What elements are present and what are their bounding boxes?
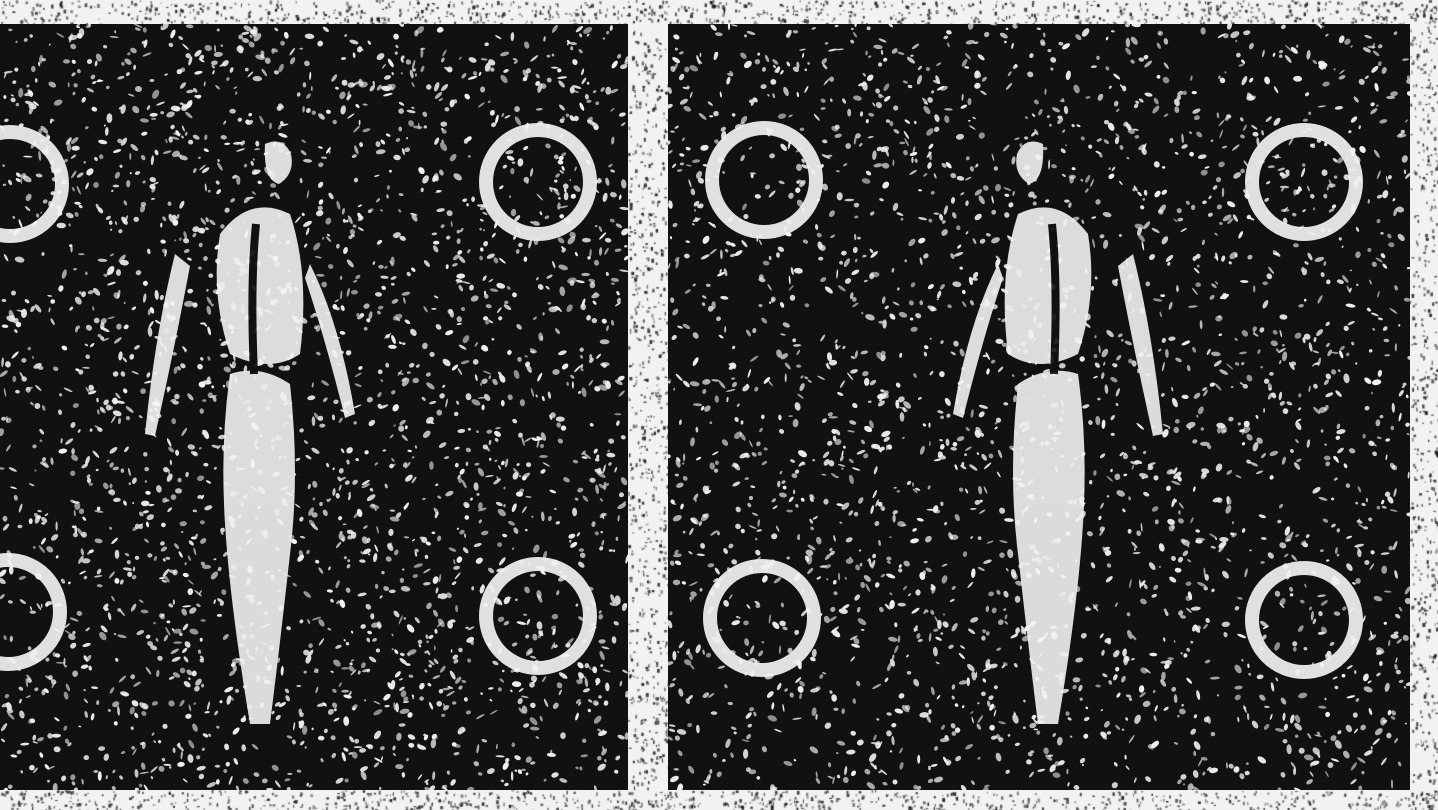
left-panel-artwork [0, 24, 628, 790]
top-border-band [0, 0, 1438, 24]
relief-image [0, 0, 1438, 810]
medallion-top-right [486, 130, 590, 234]
left-relief-panel [0, 24, 628, 790]
right-panel-artwork [668, 24, 1410, 790]
central-divider-band [628, 0, 668, 810]
right-edge-band [1410, 0, 1438, 810]
bottom-border-band [0, 790, 1438, 810]
medallion-bottom-right [486, 564, 590, 668]
standing-figure [145, 142, 355, 724]
right-relief-panel [668, 24, 1410, 790]
medallion-bottom-right [1252, 568, 1356, 672]
